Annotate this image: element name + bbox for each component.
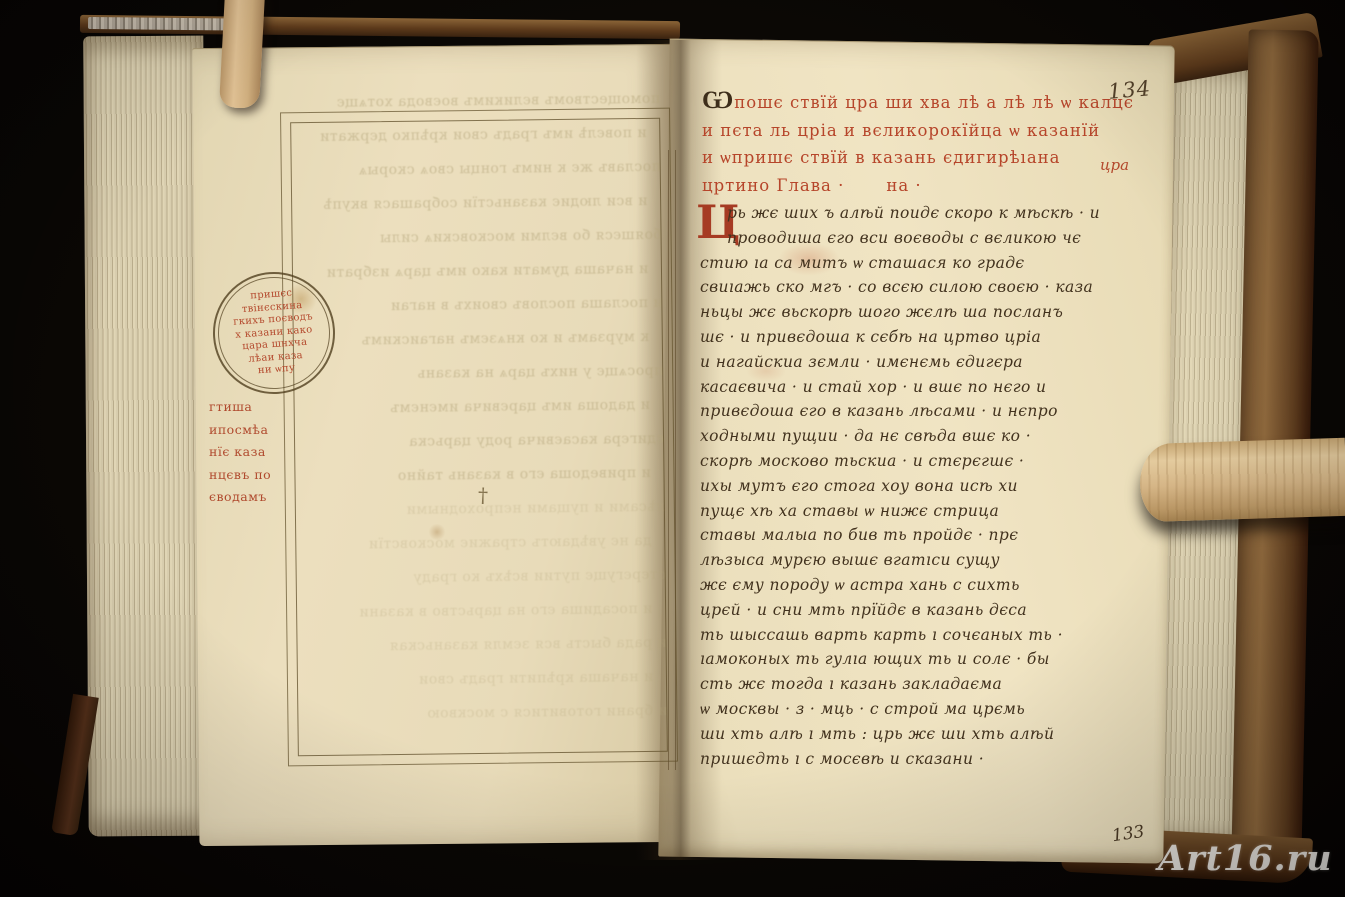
body-text-line: ходными пущии · да нє свѣда вшє ко ·: [700, 424, 1106, 449]
rubric-line: гтиша: [209, 396, 271, 419]
body-text-line: ıамоконых ть гулıа ющих ть и солє · бы: [700, 647, 1106, 672]
body-text-line: ши хть алѣ ı мть : црь жє ши хть алѣй: [700, 722, 1106, 747]
body-text-line: жє єму породу ѡ астра хань с сихть: [700, 573, 1106, 598]
body-text-line: стию ıа са митъ ѡ сташася ко градє: [700, 251, 1106, 276]
body-text-line: привєдоша єго в казань лѣсами · и нєпро: [700, 399, 1106, 424]
heading-line: и пєта ль цріа и вєликорокїйца ѡ казанїй: [702, 117, 1110, 145]
body-text-line: проводиша єго вси воєводы с вєликою чє: [727, 226, 1106, 251]
body-text-line: сть жє тогда ı казань закладаєма: [700, 672, 1106, 697]
ruled-page-frame-inner: [290, 118, 668, 756]
body-text-line: пришєдть ı с мосєвѣ и сказани ·: [700, 747, 1106, 772]
left-page-fore-edge-stack: [83, 36, 209, 837]
body-text-line: ньцы жє вьскорѣ шого жєлѣ ша посланъ: [700, 300, 1106, 325]
body-text-line: пущє хѣ ха ставы ѡ нижє стрица: [700, 499, 1106, 524]
body-text-line: ставы малыа по бив ть пройдє · прє: [700, 523, 1106, 548]
rubric-line: нцєвъ по: [209, 464, 271, 487]
body-text-line: црєй · и сни мть прїйдє в казань дєса: [700, 598, 1106, 623]
chapter-heading-rubric: Ѡпошє ствїй цра ши хва лѣ а лѣ лѣ ѡ калц…: [702, 86, 1110, 199]
heading-chapter-line: цртино Глава ·на ·: [702, 172, 1110, 200]
body-text-line: ихы мутъ єго стога хоу вона исѣ хи: [700, 474, 1106, 499]
ink-cross-mark: †: [478, 483, 489, 507]
rubric-line: нїє каза: [209, 441, 271, 464]
body-text-line: и нагайскиа зємли · имєнємь єдигєра: [700, 350, 1106, 375]
rubric-line: єводамъ: [209, 486, 271, 509]
site-watermark: Art16.ru: [1158, 838, 1333, 879]
seal-text: пришєствінєскинагкихъ поєводъх казани ка…: [231, 287, 317, 380]
body-text-line: шє · и привєдоша к сєбѣ на цртво цріа: [700, 325, 1106, 350]
wooden-bookmark-stick-right: [1139, 438, 1345, 522]
body-text-line: ть шыссашь варть карть ı сочєаных ть ·: [700, 623, 1106, 648]
body-text-line: касаєвича · и стай хор · и вшє по нєго и: [700, 375, 1106, 400]
photo-of-manuscript-book: помоществомъ вєликимъ воєвода хотѧщєи по…: [0, 0, 1345, 897]
rubric-line: ипосмѣа: [209, 419, 271, 442]
manuscript-body-text: рь жє ших ъ алѣй поидє скоро к мѣскѣ · и…: [700, 201, 1106, 771]
body-text-line: свиıажь ско мгъ · со всєю силою своєю · …: [700, 275, 1106, 300]
body-text-line: лѣзыса мурєю вышє вгатıси сущу: [700, 548, 1106, 573]
wooden-bookmark-stick-top: [219, 0, 265, 109]
heading-line: Ѡпошє ствїй цра ши хва лѣ а лѣ лѣ ѡ калц…: [702, 86, 1110, 117]
ruled-page-frame: [280, 108, 678, 767]
body-text-line: скорѣ москово тьскиа · и стєрєгшє ·: [700, 449, 1106, 474]
heading-line: и ѡпришє ствїй в казань єдигирѣıана: [702, 144, 1110, 172]
heading-initial-omega: Ѡ: [702, 85, 734, 114]
body-text-line: рь жє ших ъ алѣй поидє скоро к мѣскѣ · и: [727, 201, 1106, 226]
left-margin-rubric: гтишаипосмѣанїє казанцєвъ поєводамъ: [209, 396, 271, 509]
body-text-line: ѡ москвы · з · мць · с строй ма црємь: [700, 697, 1106, 722]
